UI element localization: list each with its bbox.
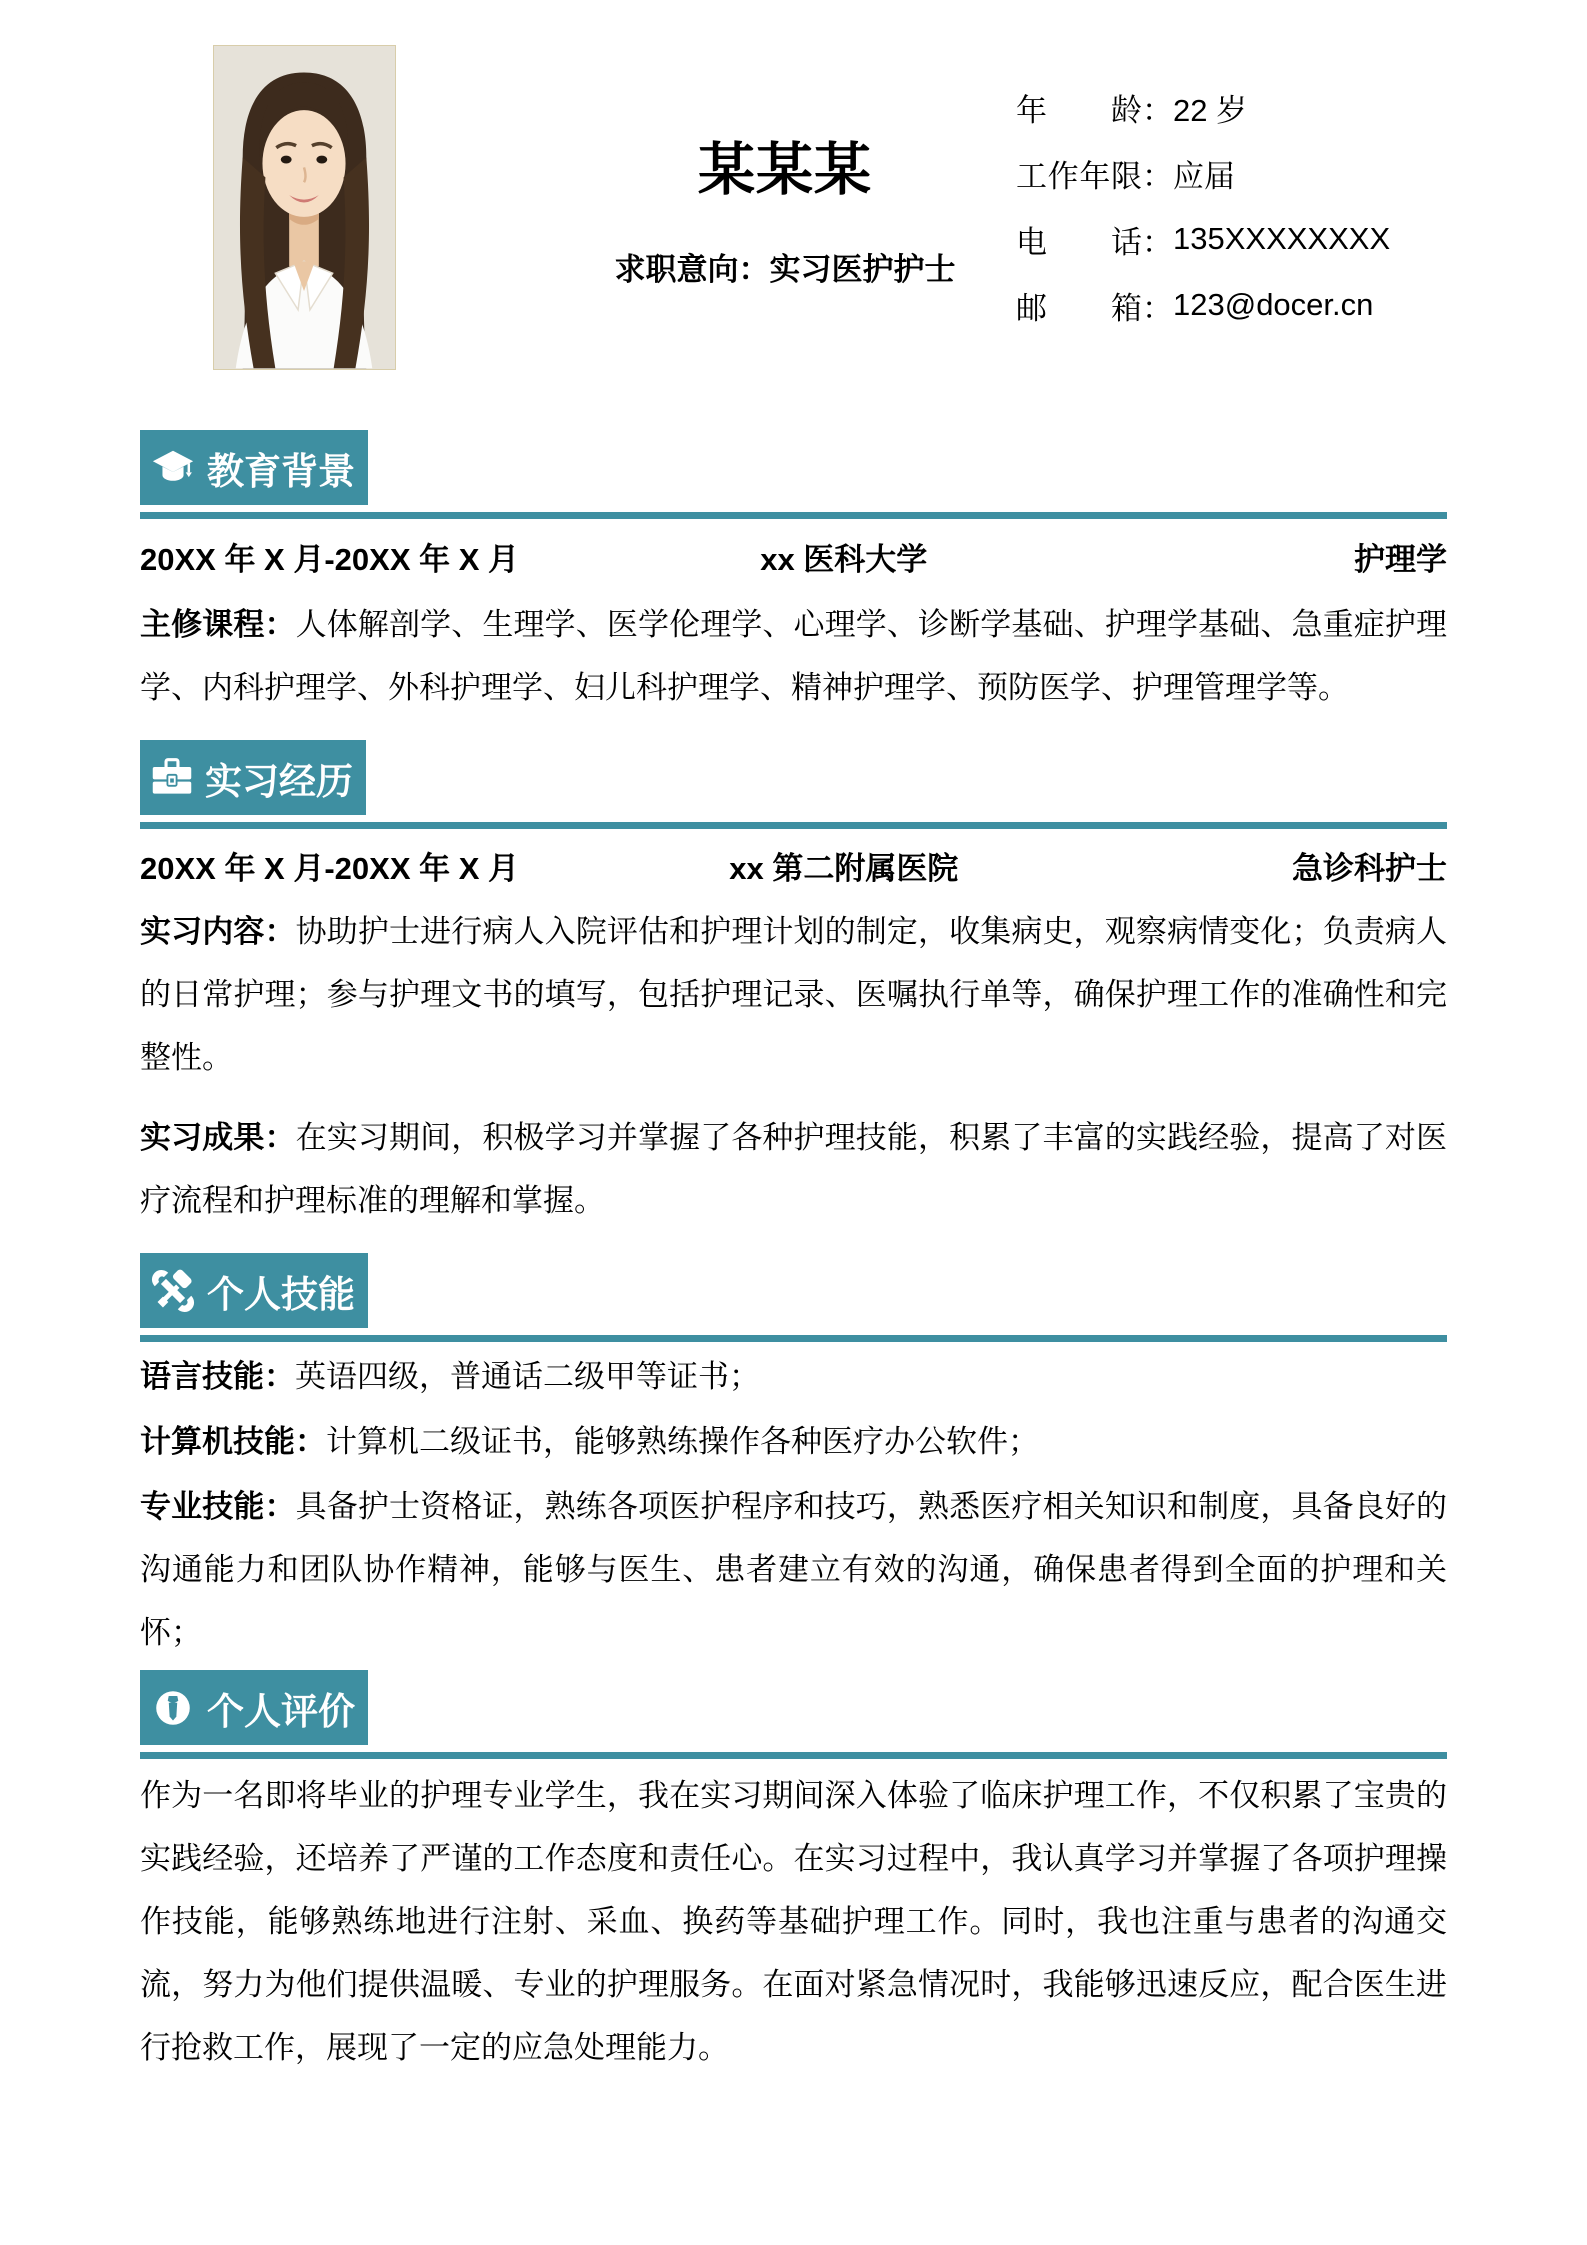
section-title: 个人技能 [207, 1264, 355, 1318]
duties-label: 实习内容： [140, 914, 296, 949]
section-badge-skills: 个人技能 [140, 1253, 368, 1328]
resume-body: 教育背景 20XX 年 X 月-20XX 年 X 月 xx 医科大学 护理学 主… [0, 0, 1587, 2079]
skill-label: 语言技能： [140, 1359, 295, 1394]
skill-label: 专业技能： [140, 1489, 296, 1524]
results-text: 在实习期间，积极学习并掌握了各种护理技能，积累了丰富的实践经验，提高了对医疗流程… [140, 1120, 1447, 1218]
internship-duties: 实习内容：协助护士进行病人入院评估和护理计划的制定，收集病史，观察病情变化；负责… [140, 900, 1447, 1089]
skill-text: 计算机二级证书，能够熟练操作各种医疗办公软件； [326, 1424, 1039, 1459]
tie-icon [150, 1685, 196, 1731]
section-rule [140, 512, 1447, 519]
section-title: 实习经历 [205, 751, 353, 805]
section-badge-evaluation: 个人评价 [140, 1670, 368, 1745]
education-courses: 主修课程：人体解剖学、生理学、医学伦理学、心理学、诊断学基础、护理学基础、急重症… [140, 593, 1447, 719]
internship-org: xx 第二附属医院 [643, 837, 1045, 900]
internship-period: 20XX 年 X 月-20XX 年 X 月 [140, 837, 643, 900]
section-title: 个人评价 [207, 1681, 355, 1735]
section-rule [140, 1335, 1447, 1342]
internship-entry-row: 20XX 年 X 月-20XX 年 X 月 xx 第二附属医院 急诊科护士 [140, 837, 1447, 900]
internship-results: 实习成果：在实习期间，积极学习并掌握了各种护理技能，积累了丰富的实践经验，提高了… [140, 1106, 1447, 1232]
skill-professional: 专业技能：具备护士资格证，熟练各项医护程序和技巧，熟悉医疗相关知识和制度，具备良… [140, 1475, 1447, 1664]
graduation-cap-icon [150, 445, 196, 491]
skill-label: 计算机技能： [140, 1424, 326, 1459]
skill-text: 具备护士资格证，熟练各项医护程序和技巧，熟悉医疗相关知识和制度，具备良好的沟通能… [140, 1489, 1447, 1650]
internship-role: 急诊科护士 [1045, 837, 1447, 900]
section-title: 教育背景 [207, 441, 355, 495]
results-label: 实习成果： [140, 1120, 296, 1155]
section-rule [140, 1752, 1447, 1759]
tools-icon [150, 1268, 196, 1314]
section-rule [140, 822, 1447, 829]
education-entry-row: 20XX 年 X 月-20XX 年 X 月 xx 医科大学 护理学 [140, 528, 1447, 591]
courses-label: 主修课程： [140, 607, 296, 642]
section-badge-internship: 实习经历 [140, 740, 366, 815]
resume-page: { "theme":{ "accent_color":"#3E8FA1", "t… [0, 0, 1587, 2245]
skill-language: 语言技能：英语四级，普通话二级甲等证书； [140, 1345, 1447, 1408]
skill-computer: 计算机技能：计算机二级证书，能够熟练操作各种医疗办公软件； [140, 1410, 1447, 1473]
skill-text: 英语四级，普通话二级甲等证书； [295, 1359, 760, 1394]
evaluation-text: 作为一名即将毕业的护理专业学生，我在实习期间深入体验了临床护理工作，不仅积累了宝… [140, 1764, 1447, 2079]
education-major: 护理学 [1045, 528, 1447, 591]
courses-text: 人体解剖学、生理学、医学伦理学、心理学、诊断学基础、护理学基础、急重症护理学、内… [140, 607, 1447, 705]
duties-text: 协助护士进行病人入院评估和护理计划的制定，收集病史，观察病情变化；负责病人的日常… [140, 914, 1447, 1075]
education-school: xx 医科大学 [643, 528, 1045, 591]
section-badge-education: 教育背景 [140, 430, 368, 505]
education-period: 20XX 年 X 月-20XX 年 X 月 [140, 528, 643, 591]
briefcase-icon [150, 756, 194, 800]
